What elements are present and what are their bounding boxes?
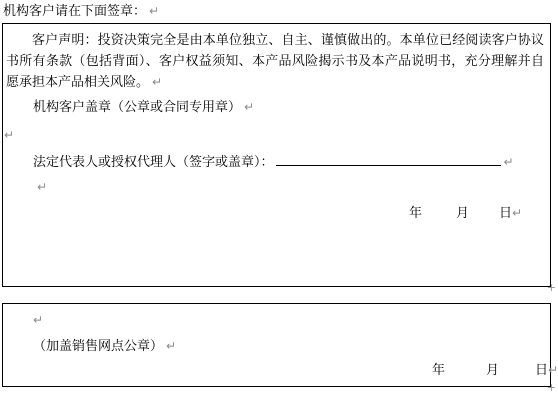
outlet-seal-box: ↵ （加盖销售网点公章）↵ 年月日↵ +: [2, 303, 551, 387]
date-month-blank[interactable]: [499, 362, 535, 374]
signature-input-line[interactable]: [276, 152, 501, 166]
paragraph-mark-icon: ↵: [33, 313, 43, 327]
paragraph-mark-icon: ↵: [149, 4, 159, 18]
paragraph-mark-icon: ↵: [504, 155, 514, 169]
table-resize-handle-icon[interactable]: +: [547, 382, 556, 393]
date-month-blank[interactable]: [469, 205, 499, 217]
date-day-label: 日: [499, 206, 512, 221]
date-month-label: 月: [486, 363, 499, 378]
date-line: 年月日↵: [409, 205, 522, 221]
section-heading: 机构客户请在下面签章：↵: [3, 4, 159, 20]
institution-seal-line: 机构客户盖章（公章或合同专用章）↵: [33, 100, 254, 115]
declaration-paragraph: 客户声明：投资决策完全是由本单位独立、自主、谨慎做出的。本单位已经阅读客户协议书…: [6, 30, 544, 93]
section-heading-text: 机构客户请在下面签章：: [3, 4, 146, 19]
empty-paragraph: ↵: [37, 180, 47, 195]
representative-signature-line: 法定代表人或授权代理人（签字或盖章）：↵: [33, 152, 514, 170]
institution-seal-label: 机构客户盖章（公章或合同专用章）: [33, 100, 241, 115]
representative-label: 法定代表人或授权代理人（签字或盖章）：: [33, 155, 274, 170]
date-year-blank[interactable]: [422, 205, 456, 217]
date-year-label: 年: [409, 206, 422, 221]
declaration-box: 客户声明：投资决策完全是由本单位独立、自主、谨慎做出的。本单位已经阅读客户协议书…: [2, 23, 551, 287]
paragraph-mark-icon: ↵: [4, 128, 14, 142]
paragraph-mark-icon: ↵: [512, 206, 522, 220]
outlet-seal-label: （加盖销售网点公章）: [33, 339, 163, 354]
paragraph-mark-icon: ↵: [244, 100, 254, 114]
declaration-text: 客户声明：投资决策完全是由本单位独立、自主、谨慎做出的。本单位已经阅读客户协议书…: [6, 33, 544, 90]
table-resize-handle-icon[interactable]: +: [547, 282, 556, 293]
document-page: 机构客户请在下面签章：↵ 客户声明：投资决策完全是由本单位独立、自主、谨慎做出的…: [0, 0, 558, 394]
date-year-label: 年: [432, 363, 445, 378]
date-day-label: 日: [535, 363, 548, 378]
paragraph-mark-icon: ↵: [152, 75, 162, 89]
paragraph-mark-icon: ↵: [37, 180, 47, 194]
date-year-blank[interactable]: [445, 362, 486, 374]
date-line: 年月日↵: [432, 362, 558, 378]
date-month-label: 月: [456, 206, 469, 221]
empty-paragraph: ↵: [4, 128, 14, 143]
paragraph-mark-icon: ↵: [166, 339, 176, 353]
empty-paragraph: ↵: [33, 313, 43, 328]
paragraph-mark-icon: ↵: [548, 363, 558, 377]
outlet-seal-line: （加盖销售网点公章）↵: [33, 339, 176, 354]
